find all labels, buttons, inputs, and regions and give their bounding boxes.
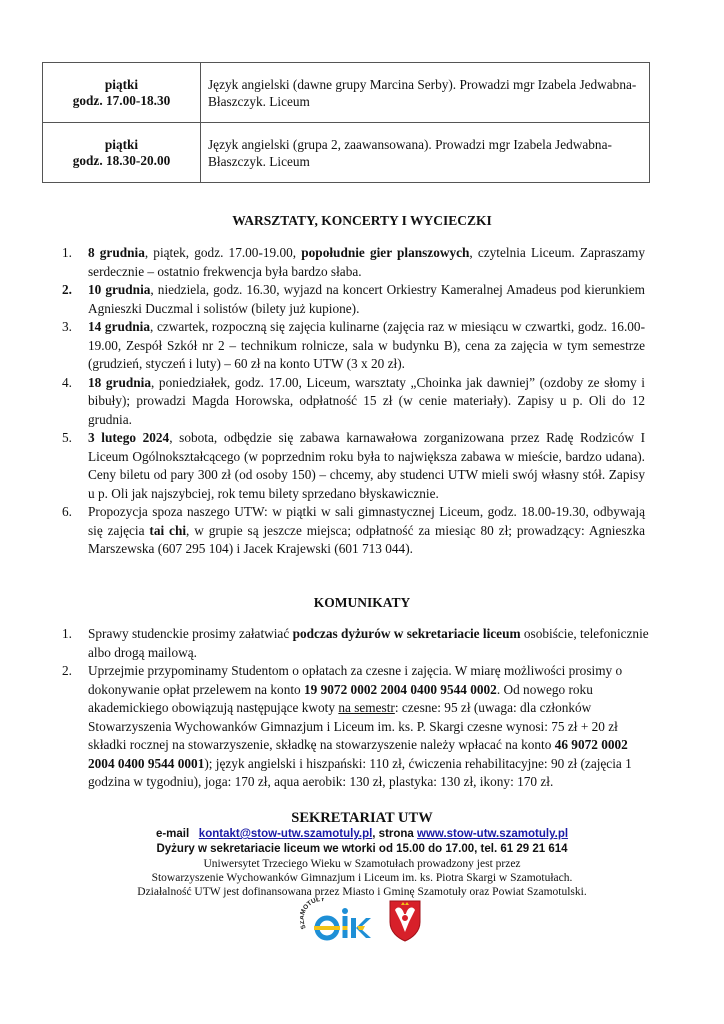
schedule-time-cell: piątki godz. 18.30-20.00 <box>43 123 201 183</box>
event-text: , niedziela, godz. 16.30, wyjazd na konc… <box>88 282 645 316</box>
contact-line: e-mail kontakt@stow-utw.szamotuly.pl, st… <box>0 827 724 842</box>
schedule-description: Język angielski (grupa 2, zaawansowana).… <box>201 123 650 183</box>
email-link[interactable]: kontakt@stow-utw.szamotuly.pl <box>199 828 373 840</box>
website-link[interactable]: www.stow-utw.szamotuly.pl <box>417 828 568 840</box>
svg-text:SZAMOTUŁY: SZAMOTUŁY <box>300 898 326 930</box>
schedule-day: piątki <box>44 77 199 93</box>
event-text: , sobota, odbędzie się zabawa karnawałow… <box>88 430 645 501</box>
announcements-list: 1. Sprawy studenckie prosimy załatwiać p… <box>62 625 657 792</box>
logo-ok-text: SZAMOTUŁY <box>300 898 326 930</box>
schedule-description: Język angielski (dawne grupy Marcina Ser… <box>201 63 650 123</box>
list-number: 3. <box>62 318 72 337</box>
workshops-heading: WARSZTATY, KONCERTY I WYCIECZKI <box>0 213 724 229</box>
event-text: , piątek, godz. 17.00-19.00, <box>145 245 301 260</box>
footer-info: Działalność UTW jest dofinansowana przez… <box>0 885 724 899</box>
list-item: 1. 8 grudnia, piątek, godz. 17.00-19.00,… <box>62 244 645 281</box>
schedule-day: piątki <box>44 137 199 153</box>
announcements-heading: KOMUNIKATY <box>0 595 724 611</box>
list-number: 2. <box>62 662 72 681</box>
list-number: 5. <box>62 429 72 448</box>
footer-info: Uniwersytet Trzeciego Wieku w Szamotułac… <box>0 857 724 871</box>
event-date: 3 lutego 2024 <box>88 430 169 445</box>
list-item: 1. Sprawy studenckie prosimy załatwiać p… <box>62 625 657 662</box>
email-label: e-mail <box>156 828 189 840</box>
list-number: 1. <box>62 625 72 644</box>
event-date: 8 grudnia <box>88 245 145 260</box>
list-number: 1. <box>62 244 72 263</box>
table-row: piątki godz. 18.30-20.00 Język angielski… <box>43 123 650 183</box>
schedule-time-cell: piątki godz. 17.00-18.30 <box>43 63 201 123</box>
announcement-underlined: na semestr <box>338 700 395 715</box>
list-number: 6. <box>62 503 72 522</box>
announcement-emphasis: podczas dyżurów w sekretariacie liceum <box>293 626 521 641</box>
duty-hours: Dyżury w sekretariacie liceum we wtorki … <box>0 842 724 857</box>
list-number: 4. <box>62 374 72 393</box>
event-date: 14 grudnia <box>88 319 150 334</box>
event-text: , czwartek, rozpoczną się zajęcia kulina… <box>88 319 645 371</box>
schedule-table: piątki godz. 17.00-18.30 Język angielski… <box>42 62 650 183</box>
footer-info: Stowarzyszenie Wychowanków Gimnazjum i L… <box>0 871 724 885</box>
list-item: 2. Uprzejmie przypominamy Studentom o op… <box>62 662 657 792</box>
list-item: 2. 10 grudnia, niedziela, godz. 16.30, w… <box>62 281 645 318</box>
event-date: 10 grudnia <box>88 282 150 297</box>
event-text: , poniedziałek, godz. 17.00, Liceum, war… <box>88 375 645 427</box>
table-row: piątki godz. 17.00-18.30 Język angielski… <box>43 63 650 123</box>
list-item: 3. 14 grudnia, czwartek, rozpoczną się z… <box>62 318 645 374</box>
event-date: 18 grudnia <box>88 375 151 390</box>
secretariat-title: SEKRETARIAT UTW <box>0 809 724 827</box>
logos: SZAMOTUŁY <box>0 898 724 944</box>
coat-of-arms-icon <box>387 898 423 942</box>
list-item: 5. 3 lutego 2024, sobota, odbędzie się z… <box>62 429 645 503</box>
announcement-text: Sprawy studenckie prosimy załatwiać <box>88 626 293 641</box>
list-number: 2. <box>62 281 72 300</box>
szamotuly-ok-logo-icon: SZAMOTUŁY <box>300 898 372 942</box>
secretariat-footer: SEKRETARIAT UTW e-mail kontakt@stow-utw.… <box>0 809 724 899</box>
workshops-list: 1. 8 grudnia, piątek, godz. 17.00-19.00,… <box>62 244 645 559</box>
schedule-time: godz. 17.00-18.30 <box>44 93 199 109</box>
event-title: tai chi <box>149 523 186 538</box>
list-item: 4. 18 grudnia, poniedziałek, godz. 17.00… <box>62 374 645 430</box>
document-page: piątki godz. 17.00-18.30 Język angielski… <box>0 0 724 1024</box>
schedule-time: godz. 18.30-20.00 <box>44 153 199 169</box>
site-label: , strona <box>372 828 414 840</box>
bank-account-number: 19 9072 0002 2004 0400 9544 0002 <box>304 682 497 697</box>
event-title: popołudnie gier planszowych <box>301 245 469 260</box>
list-item: 6. Propozycja spoza naszego UTW: w piątk… <box>62 503 645 559</box>
